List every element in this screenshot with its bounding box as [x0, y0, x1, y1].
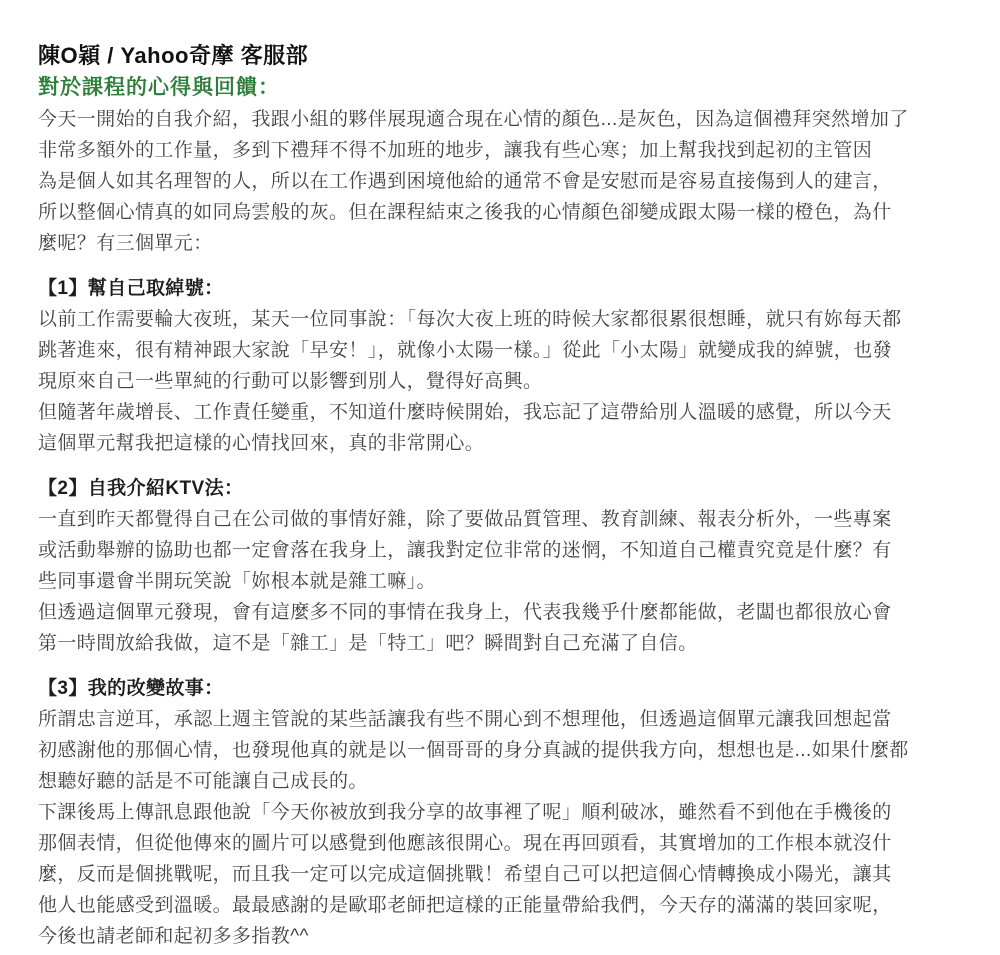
section-1-body: 以前工作需要輪大夜班，某天一位同事說：「每次大夜上班的時候大家都很累很想睡，就只… [38, 304, 964, 459]
intro-paragraph: 今天一開始的自我介紹，我跟小組的夥伴展現適合現在心情的顏色...是灰色，因為這個… [38, 104, 964, 259]
section-3-body: 所謂忠言逆耳，承認上週主管說的某些話讓我有些不開心到不想理他，但透過這個單元讓我… [38, 704, 964, 952]
section-2-body: 一直到昨天都覺得自己在公司做的事情好雜，除了要做品質管理、教育訓練、報表分析外，… [38, 504, 964, 659]
author-title: 陳O穎 / Yahoo奇摩 客服部 [38, 42, 964, 69]
section-1-heading: 【1】幫自己取綽號： [38, 273, 964, 304]
section-1: 【1】幫自己取綽號： 以前工作需要輪大夜班，某天一位同事說：「每次大夜上班的時候… [38, 273, 964, 459]
section-2: 【2】自我介紹KTV法： 一直到昨天都覺得自己在公司做的事情好雜，除了要做品質管… [38, 473, 964, 659]
section-3: 【3】我的改變故事： 所謂忠言逆耳，承認上週主管說的某些話讓我有些不開心到不想理… [38, 673, 964, 952]
section-3-heading: 【3】我的改變故事： [38, 673, 964, 704]
feedback-heading: 對於課程的心得與回饋： [38, 74, 964, 101]
feedback-document: 陳O穎 / Yahoo奇摩 客服部 對於課程的心得與回饋： 今天一開始的自我介紹… [0, 0, 1000, 955]
section-2-heading: 【2】自我介紹KTV法： [38, 473, 964, 504]
